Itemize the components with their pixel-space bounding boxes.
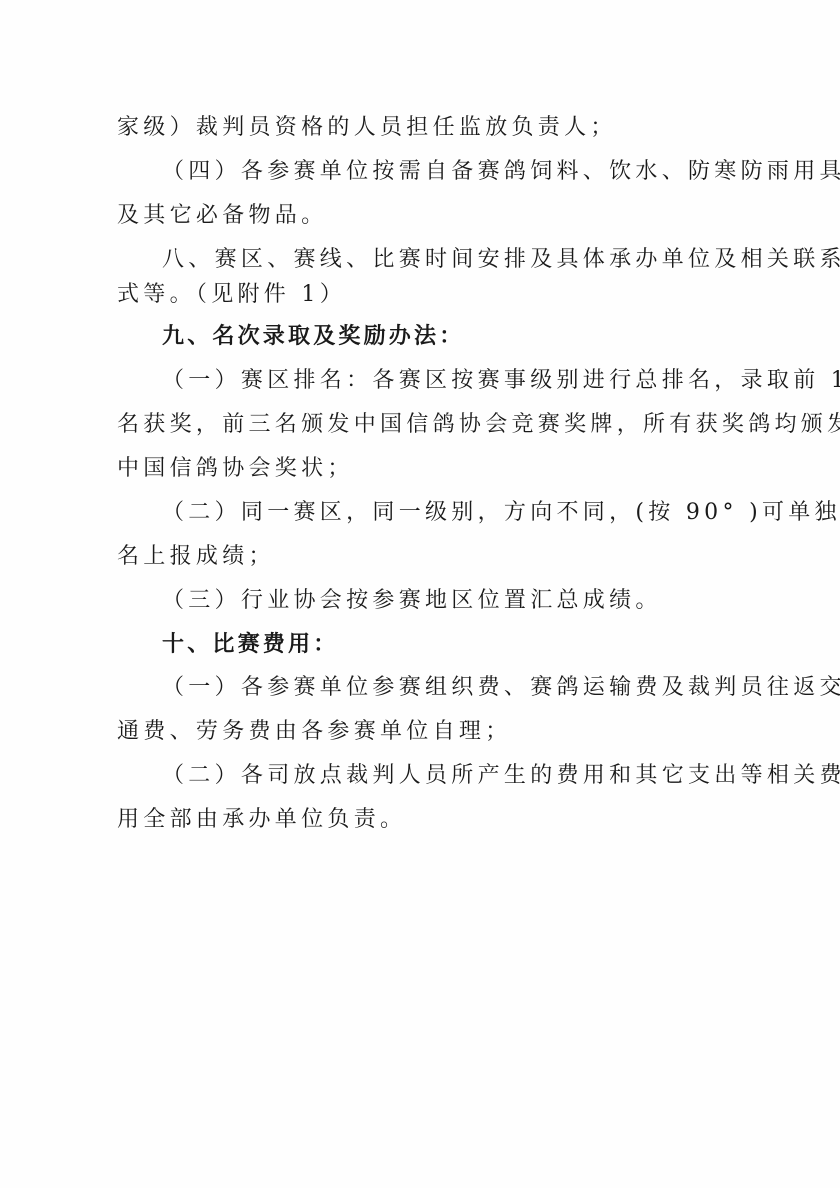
paragraph-line: （四）各参赛单位按需自备赛鸽饲料、饮水、防寒防雨用具 bbox=[162, 157, 729, 187]
paragraph-line: 式等。（见附件 1） bbox=[117, 280, 729, 310]
paragraph-line: 用全部由承办单位负责。 bbox=[117, 805, 729, 835]
paragraph-line: 中国信鸽协会奖状； bbox=[117, 454, 729, 484]
paragraph-line: （一）赛区排名：各赛区按赛事级别进行总排名，录取前 100 bbox=[162, 366, 729, 396]
section-ten-heading: 十、比赛费用： bbox=[162, 630, 729, 660]
paragraph-line: 及其它必备物品。 bbox=[117, 201, 729, 231]
section-nine-heading: 九、名次录取及奖励办法： bbox=[162, 322, 729, 352]
paragraph-line: 名获奖，前三名颁发中国信鸽协会竞赛奖牌，所有获奖鸽均颁发 bbox=[117, 410, 729, 440]
paragraph-line: （一）各参赛单位参赛组织费、赛鸽运输费及裁判员往返交 bbox=[162, 673, 729, 703]
paragraph-line: （三）行业协会按参赛地区位置汇总成绩。 bbox=[162, 586, 729, 616]
paragraph-line: 通费、劳务费由各参赛单位自理； bbox=[117, 717, 729, 747]
section-eight-line: 八、赛区、赛线、比赛时间安排及具体承办单位及相关联系方 bbox=[162, 245, 729, 275]
paragraph-line: 名上报成绩； bbox=[117, 542, 729, 572]
paragraph-line: 家级）裁判员资格的人员担任监放负责人； bbox=[117, 113, 729, 143]
document-page: 家级）裁判员资格的人员担任监放负责人； （四）各参赛单位按需自备赛鸽饲料、饮水、… bbox=[0, 0, 840, 1188]
paragraph-line: （二）各司放点裁判人员所产生的费用和其它支出等相关费 bbox=[162, 761, 729, 791]
paragraph-line: （二）同一赛区，同一级别，方向不同，(按 90° )可单独排 bbox=[162, 498, 729, 528]
